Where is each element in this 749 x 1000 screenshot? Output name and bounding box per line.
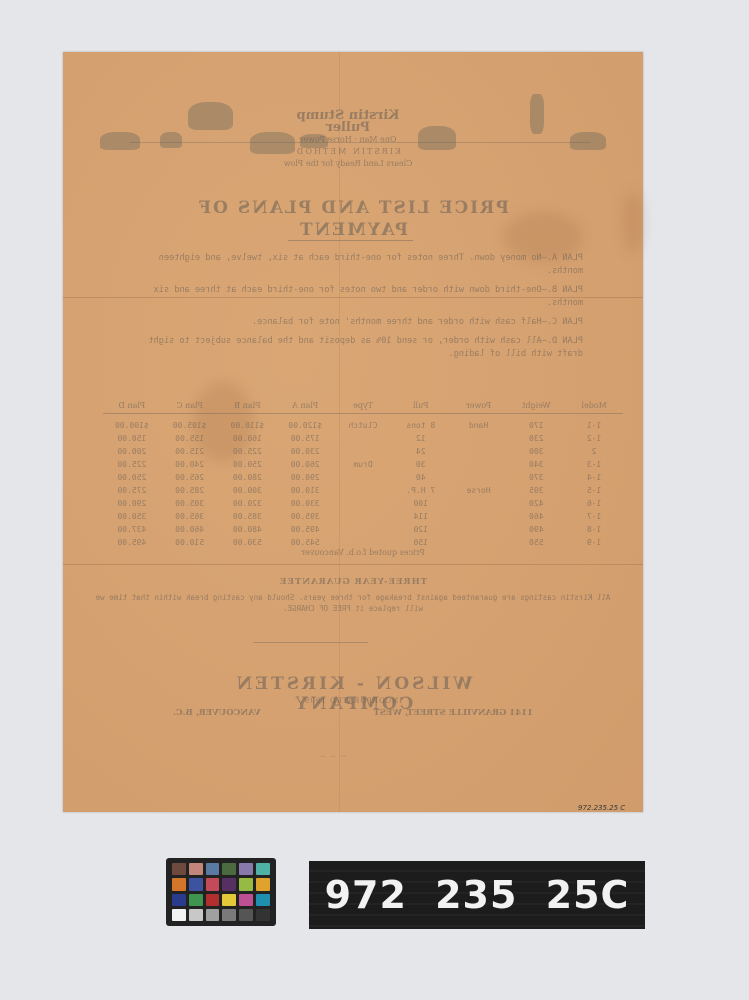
table-cell: 275.00 bbox=[103, 486, 161, 495]
table-cell: Hand bbox=[450, 421, 508, 430]
table-cell: 305.00 bbox=[161, 499, 219, 508]
color-swatch bbox=[206, 863, 220, 875]
handwritten-catalog-number: 972.235.25 C bbox=[578, 804, 625, 812]
column-header: Type bbox=[334, 401, 392, 410]
column-header: Plan B bbox=[219, 401, 277, 410]
table-cell: 385.00 bbox=[219, 512, 277, 521]
table-cell: 395 bbox=[507, 486, 565, 495]
table-cell: 290.00 bbox=[276, 473, 334, 482]
color-swatch bbox=[256, 863, 270, 875]
table-header: ModelWeightPowerPullTypePlan APlan BPlan… bbox=[103, 397, 623, 414]
table-cell: 175.00 bbox=[276, 434, 334, 443]
table-cell: 8 tons bbox=[392, 421, 450, 430]
color-swatch bbox=[256, 894, 270, 906]
plan-a: PLAN A.—No money down. Three notes for o… bbox=[143, 252, 583, 278]
table-cell: 310.00 bbox=[276, 486, 334, 495]
price-table: ModelWeightPowerPullTypePlan APlan BPlan… bbox=[103, 397, 623, 549]
table-row: 230024230.00225.00215.00200.00 bbox=[103, 445, 623, 458]
table-cell: Clutch bbox=[334, 421, 392, 430]
faint-marking: ~ ~ ~ bbox=[243, 752, 423, 768]
guarantee-title: THREE-YEAR GUARANTEE bbox=[213, 577, 493, 587]
page-title: PRICE LIST AND PLANS OF PAYMENT bbox=[163, 197, 543, 241]
table-row: 1-5395Horse7 H.P.310.00300.00285.00275.0… bbox=[103, 484, 623, 497]
plan-d: PLAN D.—All cash with order, or send 10%… bbox=[143, 335, 583, 361]
table-cell: 155.00 bbox=[161, 434, 219, 443]
table-cell: 320.00 bbox=[219, 499, 277, 508]
table-cell: 40 bbox=[392, 473, 450, 482]
table-cell: 200.00 bbox=[103, 447, 161, 456]
column-header: Model bbox=[565, 401, 623, 410]
table-cell: 1-4 bbox=[565, 473, 623, 482]
table-cell: 510.00 bbox=[161, 538, 219, 547]
table-cell: 120 bbox=[392, 525, 450, 534]
table-row: 1-334030Drum260.00250.00240.00225.00 bbox=[103, 458, 623, 471]
table-cell: 420 bbox=[507, 499, 565, 508]
color-swatch bbox=[222, 894, 236, 906]
table-cell: 160.00 bbox=[219, 434, 277, 443]
table-cell: 1-2 bbox=[565, 434, 623, 443]
plan-b: PLAN B.—One-third down with order and tw… bbox=[143, 284, 583, 310]
table-row: 1-7460114395.00385.00365.00350.00 bbox=[103, 510, 623, 523]
table-cell: $100.00 bbox=[103, 421, 161, 430]
table-cell: 1-8 bbox=[565, 525, 623, 534]
table-cell: 365.00 bbox=[161, 512, 219, 521]
fold-line bbox=[63, 564, 643, 565]
table-cell: 12 bbox=[392, 434, 450, 443]
table-cell: 265.00 bbox=[161, 473, 219, 482]
table-cell: 300.00 bbox=[219, 486, 277, 495]
color-swatch bbox=[206, 878, 220, 890]
table-cell: 370 bbox=[507, 473, 565, 482]
company-subtitle: INCORPORATED 1909 bbox=[263, 697, 443, 705]
table-cell: 285.00 bbox=[161, 486, 219, 495]
brand-logo: Kirstin Stump Puller One Man · Horse Pow… bbox=[273, 110, 423, 170]
table-cell: 7 H.P. bbox=[392, 486, 450, 495]
table-cell: 550 bbox=[507, 538, 565, 547]
color-checker-card bbox=[166, 858, 276, 926]
guarantee-text: All Kirstin castings are guaranteed agai… bbox=[93, 592, 613, 614]
color-swatch bbox=[172, 863, 186, 875]
water-stain bbox=[623, 192, 643, 252]
table-cell: $110.00 bbox=[219, 421, 277, 430]
payment-plans: PLAN A.—No money down. Three notes for o… bbox=[143, 252, 583, 367]
table-cell: 2 bbox=[565, 447, 623, 456]
color-swatch bbox=[206, 909, 220, 921]
table-cell: 495.00 bbox=[103, 538, 161, 547]
table-cell: 225.00 bbox=[103, 460, 161, 469]
color-swatch bbox=[189, 878, 203, 890]
table-cell: 490 bbox=[507, 525, 565, 534]
table-cell: 395.00 bbox=[276, 512, 334, 521]
table-cell: 480.00 bbox=[219, 525, 277, 534]
table-cell: 170 bbox=[507, 421, 565, 430]
table-cell: 250.00 bbox=[103, 473, 161, 482]
table-cell: 230.00 bbox=[276, 447, 334, 456]
color-swatch bbox=[189, 863, 203, 875]
plan-c: PLAN C.—Half cash with order and three m… bbox=[143, 316, 583, 329]
color-swatch bbox=[222, 863, 236, 875]
table-row: 1-223012175.00160.00155.00150.00 bbox=[103, 432, 623, 445]
table-cell: 545.00 bbox=[276, 538, 334, 547]
company-address: 1141 GRANVILLE STREET, WEST VANCOUVER, B… bbox=[173, 708, 533, 718]
table-cell: 24 bbox=[392, 447, 450, 456]
table-row: 1-8490120495.00480.00460.00437.00 bbox=[103, 523, 623, 536]
table-cell: 225.00 bbox=[219, 447, 277, 456]
color-swatch bbox=[239, 863, 253, 875]
table-cell: 1-7 bbox=[565, 512, 623, 521]
table-cell: 100 bbox=[392, 499, 450, 508]
table-cell: 250.00 bbox=[219, 460, 277, 469]
color-swatch bbox=[206, 894, 220, 906]
catalog-number: 972 235 25C bbox=[325, 873, 630, 917]
address-street: 1141 GRANVILLE STREET, WEST bbox=[373, 708, 533, 718]
column-header: Power bbox=[450, 401, 508, 410]
table-cell: 240.00 bbox=[161, 460, 219, 469]
table-cell: $105.00 bbox=[161, 421, 219, 430]
table-cell: 460 bbox=[507, 512, 565, 521]
table-row: 1-1170Hand8 tonsClutch$120.00$110.00$105… bbox=[103, 419, 623, 432]
table-cell: 215.00 bbox=[161, 447, 219, 456]
table-cell: 1-3 bbox=[565, 460, 623, 469]
table-cell: 350.00 bbox=[103, 512, 161, 521]
table-cell: $120.00 bbox=[276, 421, 334, 430]
color-swatch bbox=[256, 878, 270, 890]
color-swatch bbox=[172, 894, 186, 906]
color-swatch bbox=[239, 878, 253, 890]
table-cell: 530.00 bbox=[219, 538, 277, 547]
color-swatch bbox=[222, 878, 236, 890]
column-header: Plan C bbox=[161, 401, 219, 410]
address-city: VANCOUVER, B.C. bbox=[173, 708, 261, 718]
table-cell: 300 bbox=[507, 447, 565, 456]
table-cell: 260.00 bbox=[276, 460, 334, 469]
table-row: 1-437040290.00280.00265.00250.00 bbox=[103, 471, 623, 484]
table-cell: 330.00 bbox=[276, 499, 334, 508]
color-swatch bbox=[189, 894, 203, 906]
table-cell: 280.00 bbox=[219, 473, 277, 482]
table-cell: 340 bbox=[507, 460, 565, 469]
document-sheet: Kirstin Stump Puller One Man · Horse Pow… bbox=[63, 52, 643, 812]
column-header: Pull bbox=[392, 401, 450, 410]
table-cell: 437.00 bbox=[103, 525, 161, 534]
table-cell: 495.00 bbox=[276, 525, 334, 534]
color-swatch bbox=[189, 909, 203, 921]
table-cell: 1-1 bbox=[565, 421, 623, 430]
title-underline bbox=[288, 240, 413, 241]
table-note: Prices quoted f.o.b. Vancouver bbox=[243, 548, 483, 557]
table-cell: 460.00 bbox=[161, 525, 219, 534]
table-cell: Horse bbox=[450, 486, 508, 495]
table-cell: 150.00 bbox=[103, 434, 161, 443]
color-swatch bbox=[239, 894, 253, 906]
catalog-label-board: 972 235 25C bbox=[309, 861, 645, 929]
column-header: Weight bbox=[507, 401, 565, 410]
color-swatch bbox=[239, 909, 253, 921]
column-header: Plan D bbox=[103, 401, 161, 410]
table-cell: 1-6 bbox=[565, 499, 623, 508]
table-cell: 290.00 bbox=[103, 499, 161, 508]
table-row: 1-6420100330.00320.00305.00290.00 bbox=[103, 497, 623, 510]
table-cell: 1-9 bbox=[565, 538, 623, 547]
table-cell: 230 bbox=[507, 434, 565, 443]
table-cell: 114 bbox=[392, 512, 450, 521]
table-cell: Drum bbox=[334, 460, 392, 469]
table-cell: 30 bbox=[392, 460, 450, 469]
color-swatch bbox=[172, 878, 186, 890]
table-cell: 1-5 bbox=[565, 486, 623, 495]
column-header: Plan A bbox=[276, 401, 334, 410]
color-swatch bbox=[222, 909, 236, 921]
color-swatch bbox=[256, 909, 270, 921]
divider bbox=[253, 642, 368, 643]
table-cell: 150 bbox=[392, 538, 450, 547]
color-swatch bbox=[172, 909, 186, 921]
